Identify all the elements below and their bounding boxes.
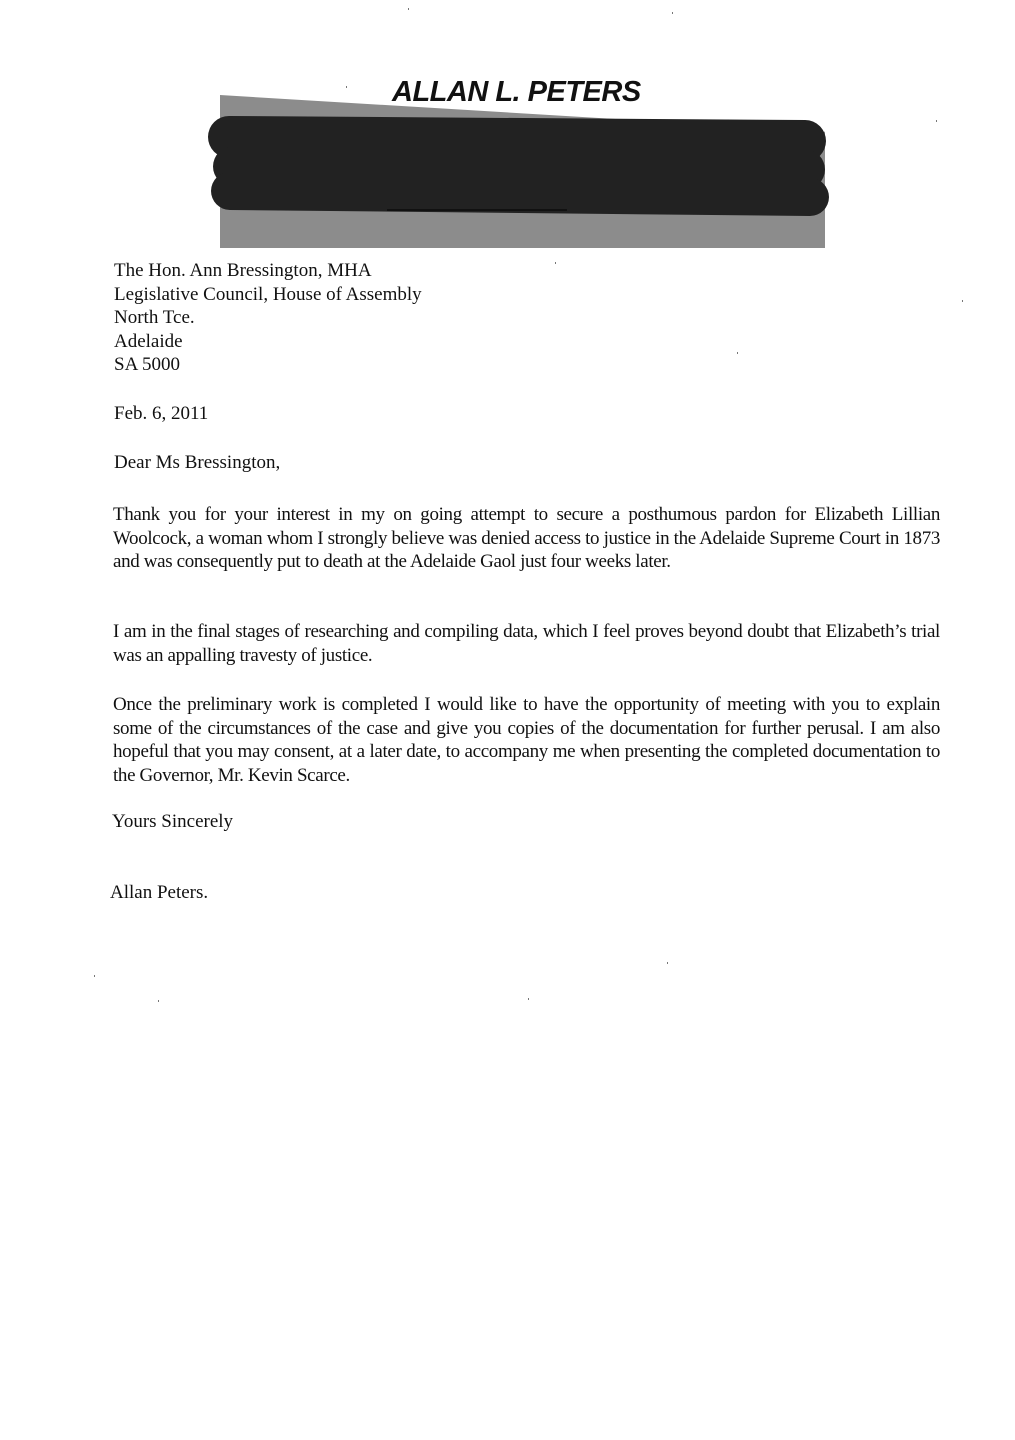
closing: Yours Sincerely <box>112 810 233 834</box>
scan-speck <box>94 975 95 977</box>
scan-speck <box>667 962 668 964</box>
scan-speck <box>408 8 409 10</box>
address-line: SA 5000 <box>114 353 422 377</box>
scan-speck <box>672 12 673 14</box>
recipient-address: The Hon. Ann Bressington, MHA Legislativ… <box>114 259 422 377</box>
body-paragraph: Thank you for your interest in my on goi… <box>113 503 940 574</box>
address-line: North Tce. <box>114 306 422 330</box>
salutation: Dear Ms Bressington, <box>114 451 280 475</box>
letter-page: ALLAN L. PETERS The Hon. Ann Bressington… <box>0 0 1015 1440</box>
address-line: Adelaide <box>114 330 422 354</box>
scan-speck <box>555 262 556 264</box>
scan-speck <box>936 120 937 122</box>
body-paragraph: Once the preliminary work is completed I… <box>113 693 940 787</box>
address-line: The Hon. Ann Bressington, MHA <box>114 259 422 283</box>
letter-date: Feb. 6, 2011 <box>114 402 208 426</box>
body-paragraph: I am in the final stages of researching … <box>113 620 940 667</box>
scan-speck <box>528 998 529 1000</box>
scan-speck <box>737 352 738 354</box>
address-line: Legislative Council, House of Assembly <box>114 283 422 307</box>
scan-speck <box>962 300 963 302</box>
letterhead-name: ALLAN L. PETERS <box>392 76 641 109</box>
scan-speck <box>158 1000 159 1002</box>
letterhead-rule <box>387 209 567 211</box>
signature: Allan Peters. <box>110 881 208 905</box>
scan-speck <box>346 86 347 88</box>
